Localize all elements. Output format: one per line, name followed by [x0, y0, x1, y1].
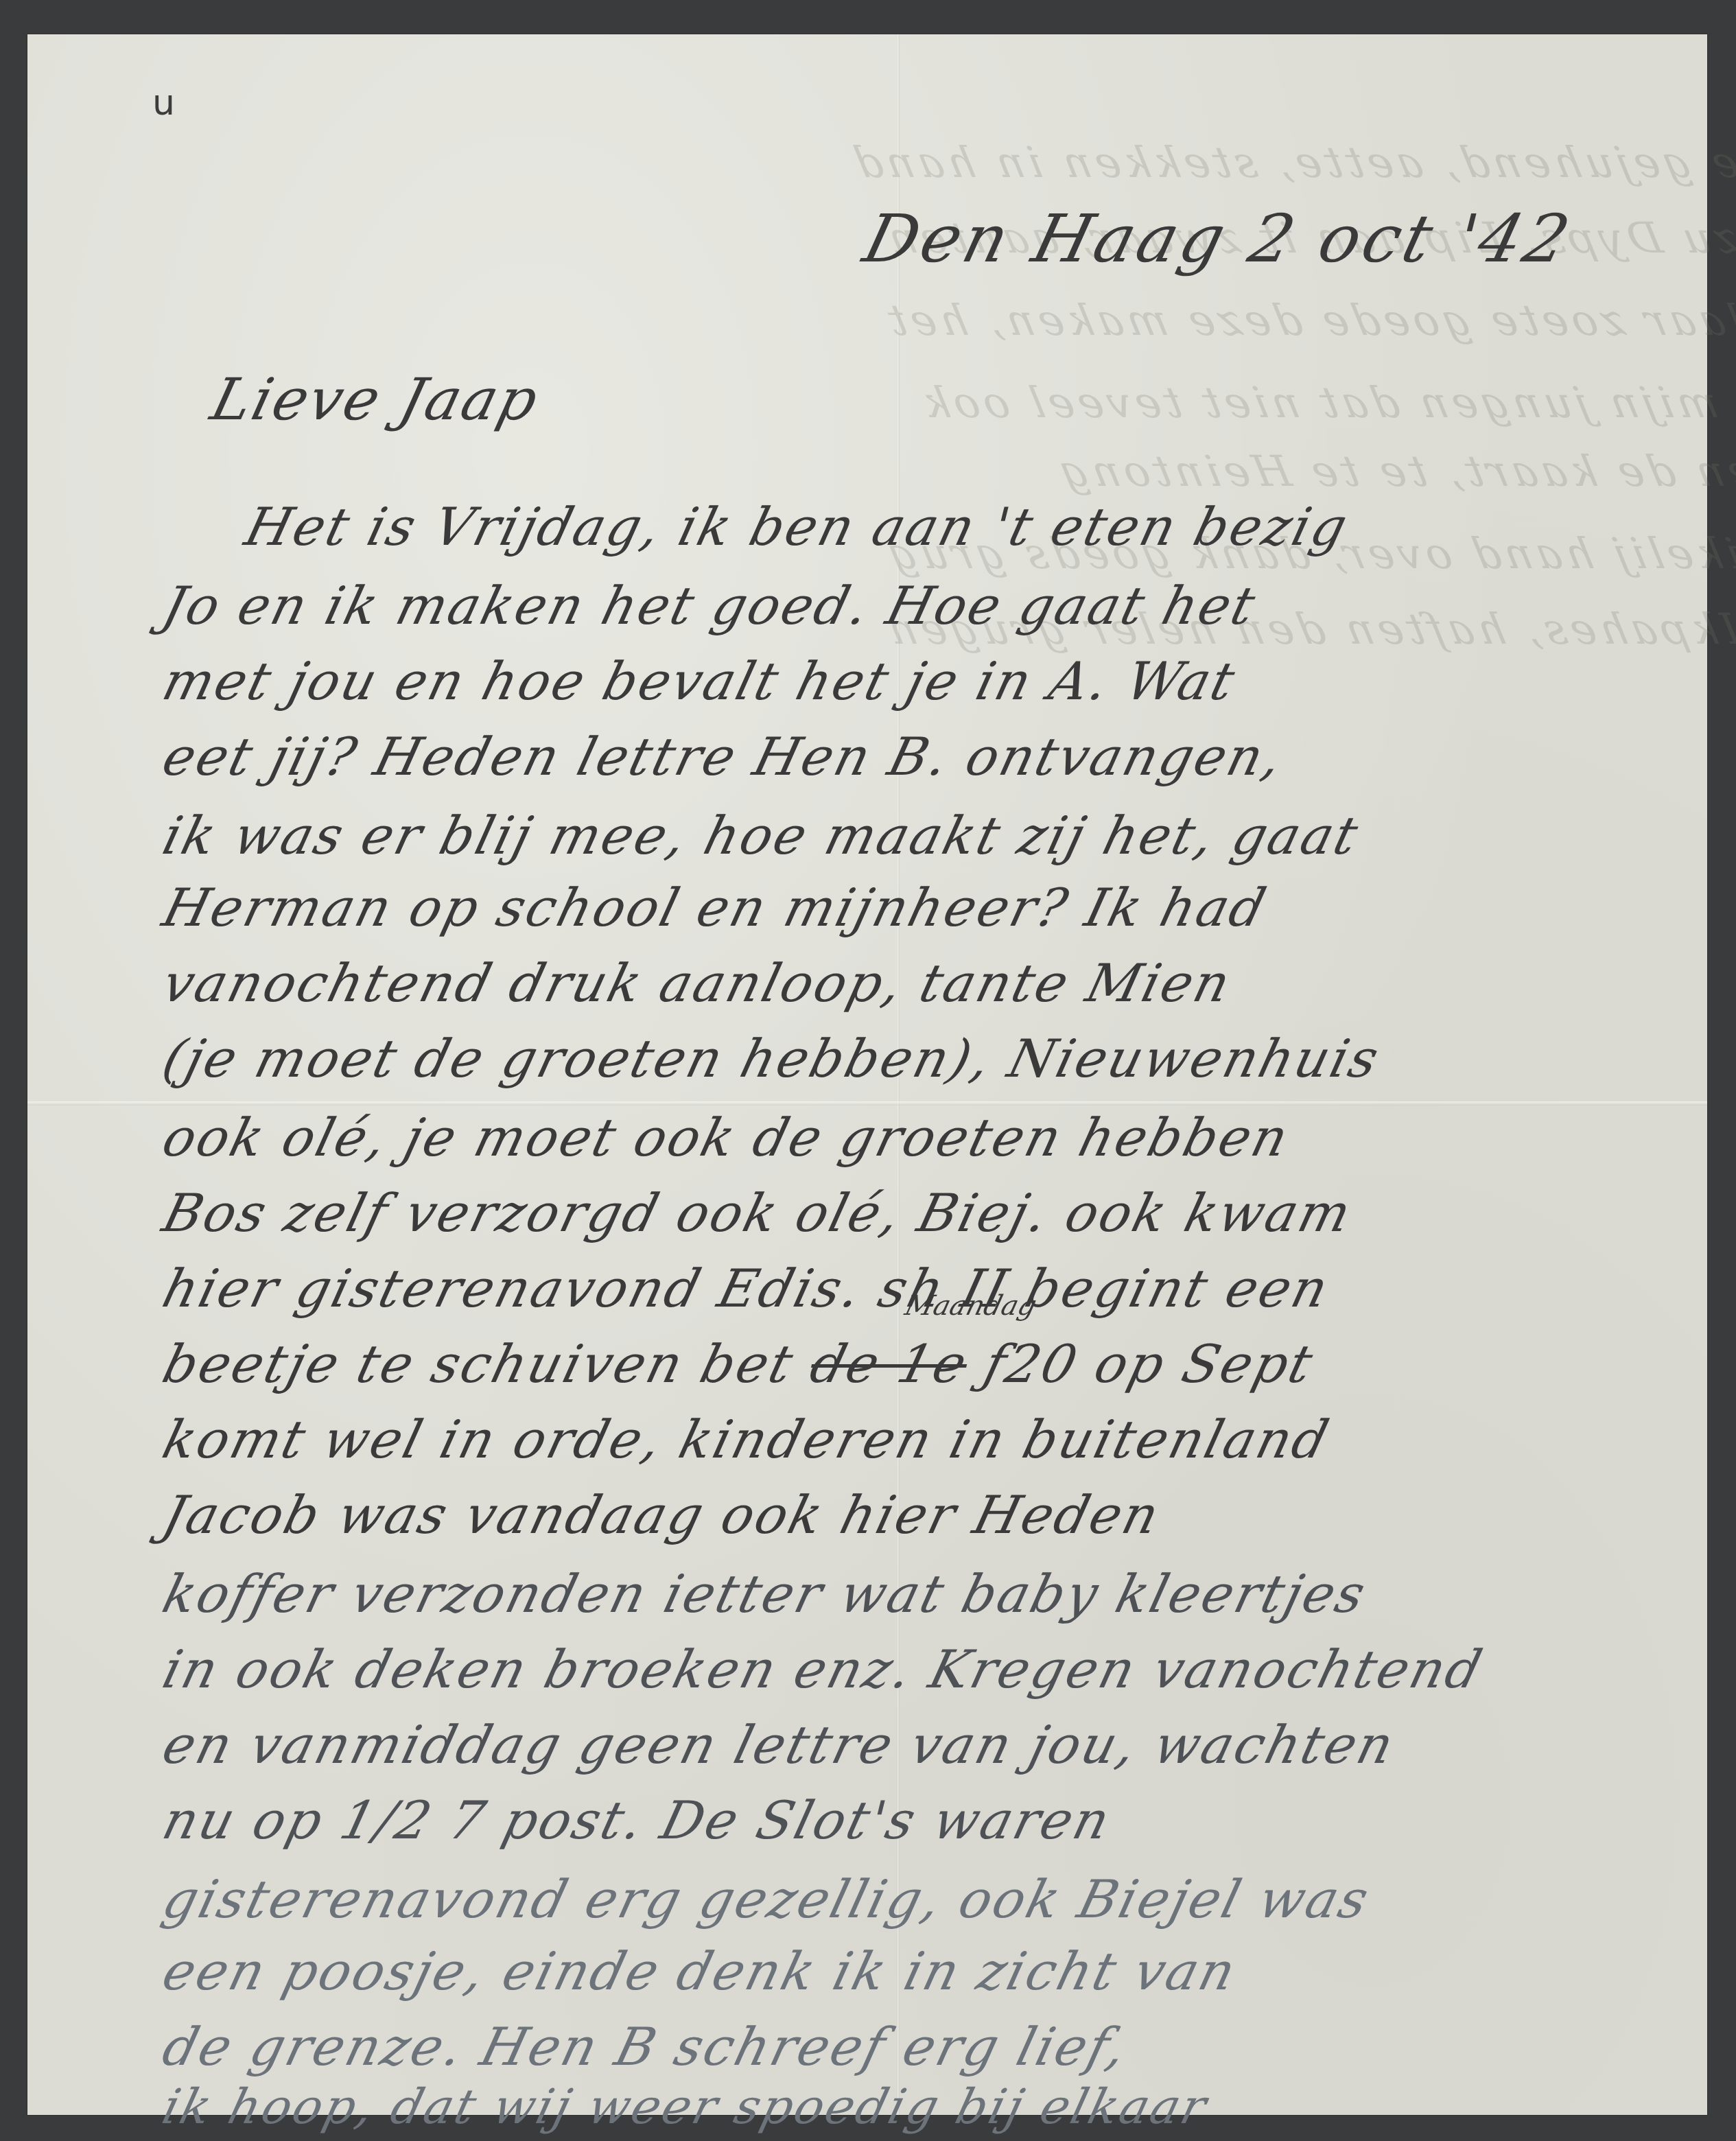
letter-line-1: Het is Vrijdag, ik ben aan 't eten bezig [240, 501, 1354, 553]
letter-line-14: Jacob was vandaag ook hier Heden [158, 1489, 1166, 1541]
salutation: Lieve Jaap [206, 371, 546, 428]
letter-line-13: komt wel in orde, kinderen in buitenland [158, 1414, 1335, 1466]
letter-line-5: ik was er blij mee, hoe maakt zij het, g… [158, 810, 1365, 862]
letter-line-11: hier gisterenavond Edis. sh II begint ee… [158, 1263, 1335, 1315]
letter-line-15: koffer verzonden ietter wat baby kleertj… [158, 1568, 1372, 1620]
letter-line-9: ook olé, je moet ook de groeten hebben [158, 1112, 1295, 1164]
letter-line-22: ik hoop, dat wij weer spoedig bij elkaar [158, 2083, 1213, 2131]
letter-line-6: Herman op school en mijnheer? Ik had [158, 882, 1272, 934]
inserted-word-maandag: Maandag [902, 1290, 1040, 1322]
bleed-through-line: Lagevenee gejuhend, aette, stekken in ha… [845, 137, 1736, 187]
letter-line-3: met jou en hoe bevalt het je in A. Wat [158, 655, 1241, 707]
letter-line-4: eet jij? Heden lettre Hen B. ontvangen, [158, 731, 1289, 783]
bleed-through-line: gezegen de kaart, te te Heintong [1051, 446, 1736, 496]
bleed-through-line: mijn jungen dat niet teveel ook [914, 377, 1722, 428]
letter-line-8: (je moet de groeten hebben), Nieuwenhuis [158, 1033, 1385, 1085]
bleed-through-line: den daar zoete goede deze maken, het [880, 295, 1736, 345]
place-date: Den Haag 2 oct '42 [858, 206, 1579, 272]
letter-line-21: de grenze. Hen B schreef erg lief, [158, 2021, 1134, 2073]
line-12-text: beetje te schuiven bet [157, 1333, 801, 1394]
letter-line-2: Jo en ik maken het goed. Hoe gaat het [158, 580, 1262, 632]
letter-line-16: in ook deken broeken enz. Kregen vanocht… [158, 1643, 1488, 1696]
letter-line-7: vanochtend druk aanloop, tante Mien [158, 957, 1237, 1009]
line-12-text-after: ƒ20 op Sept [978, 1333, 1320, 1394]
archive-corner-mark: u [152, 82, 175, 124]
horizontal-fold-crease [27, 1101, 1707, 1105]
letter-line-19: gisterenavond erg gezellig, ook Biejel w… [158, 1873, 1375, 1926]
letter-line-12: beetje te schuiven bet de 1e ƒ20 op Sept [158, 1338, 1319, 1390]
letter-line-20: een poosje, einde denk ik in zicht van [158, 1945, 1243, 1998]
letter-line-10: Bos zelf verzorgd ook olé, Biej. ook kwa… [158, 1187, 1357, 1239]
letter-line-17: en vanmiddag geen lettre van jou, wachte… [158, 1719, 1400, 1771]
struck-through-text: de 1e [804, 1333, 974, 1394]
letter-line-18: nu op 1/2 7 post. De Slot's waren [158, 1794, 1116, 1847]
